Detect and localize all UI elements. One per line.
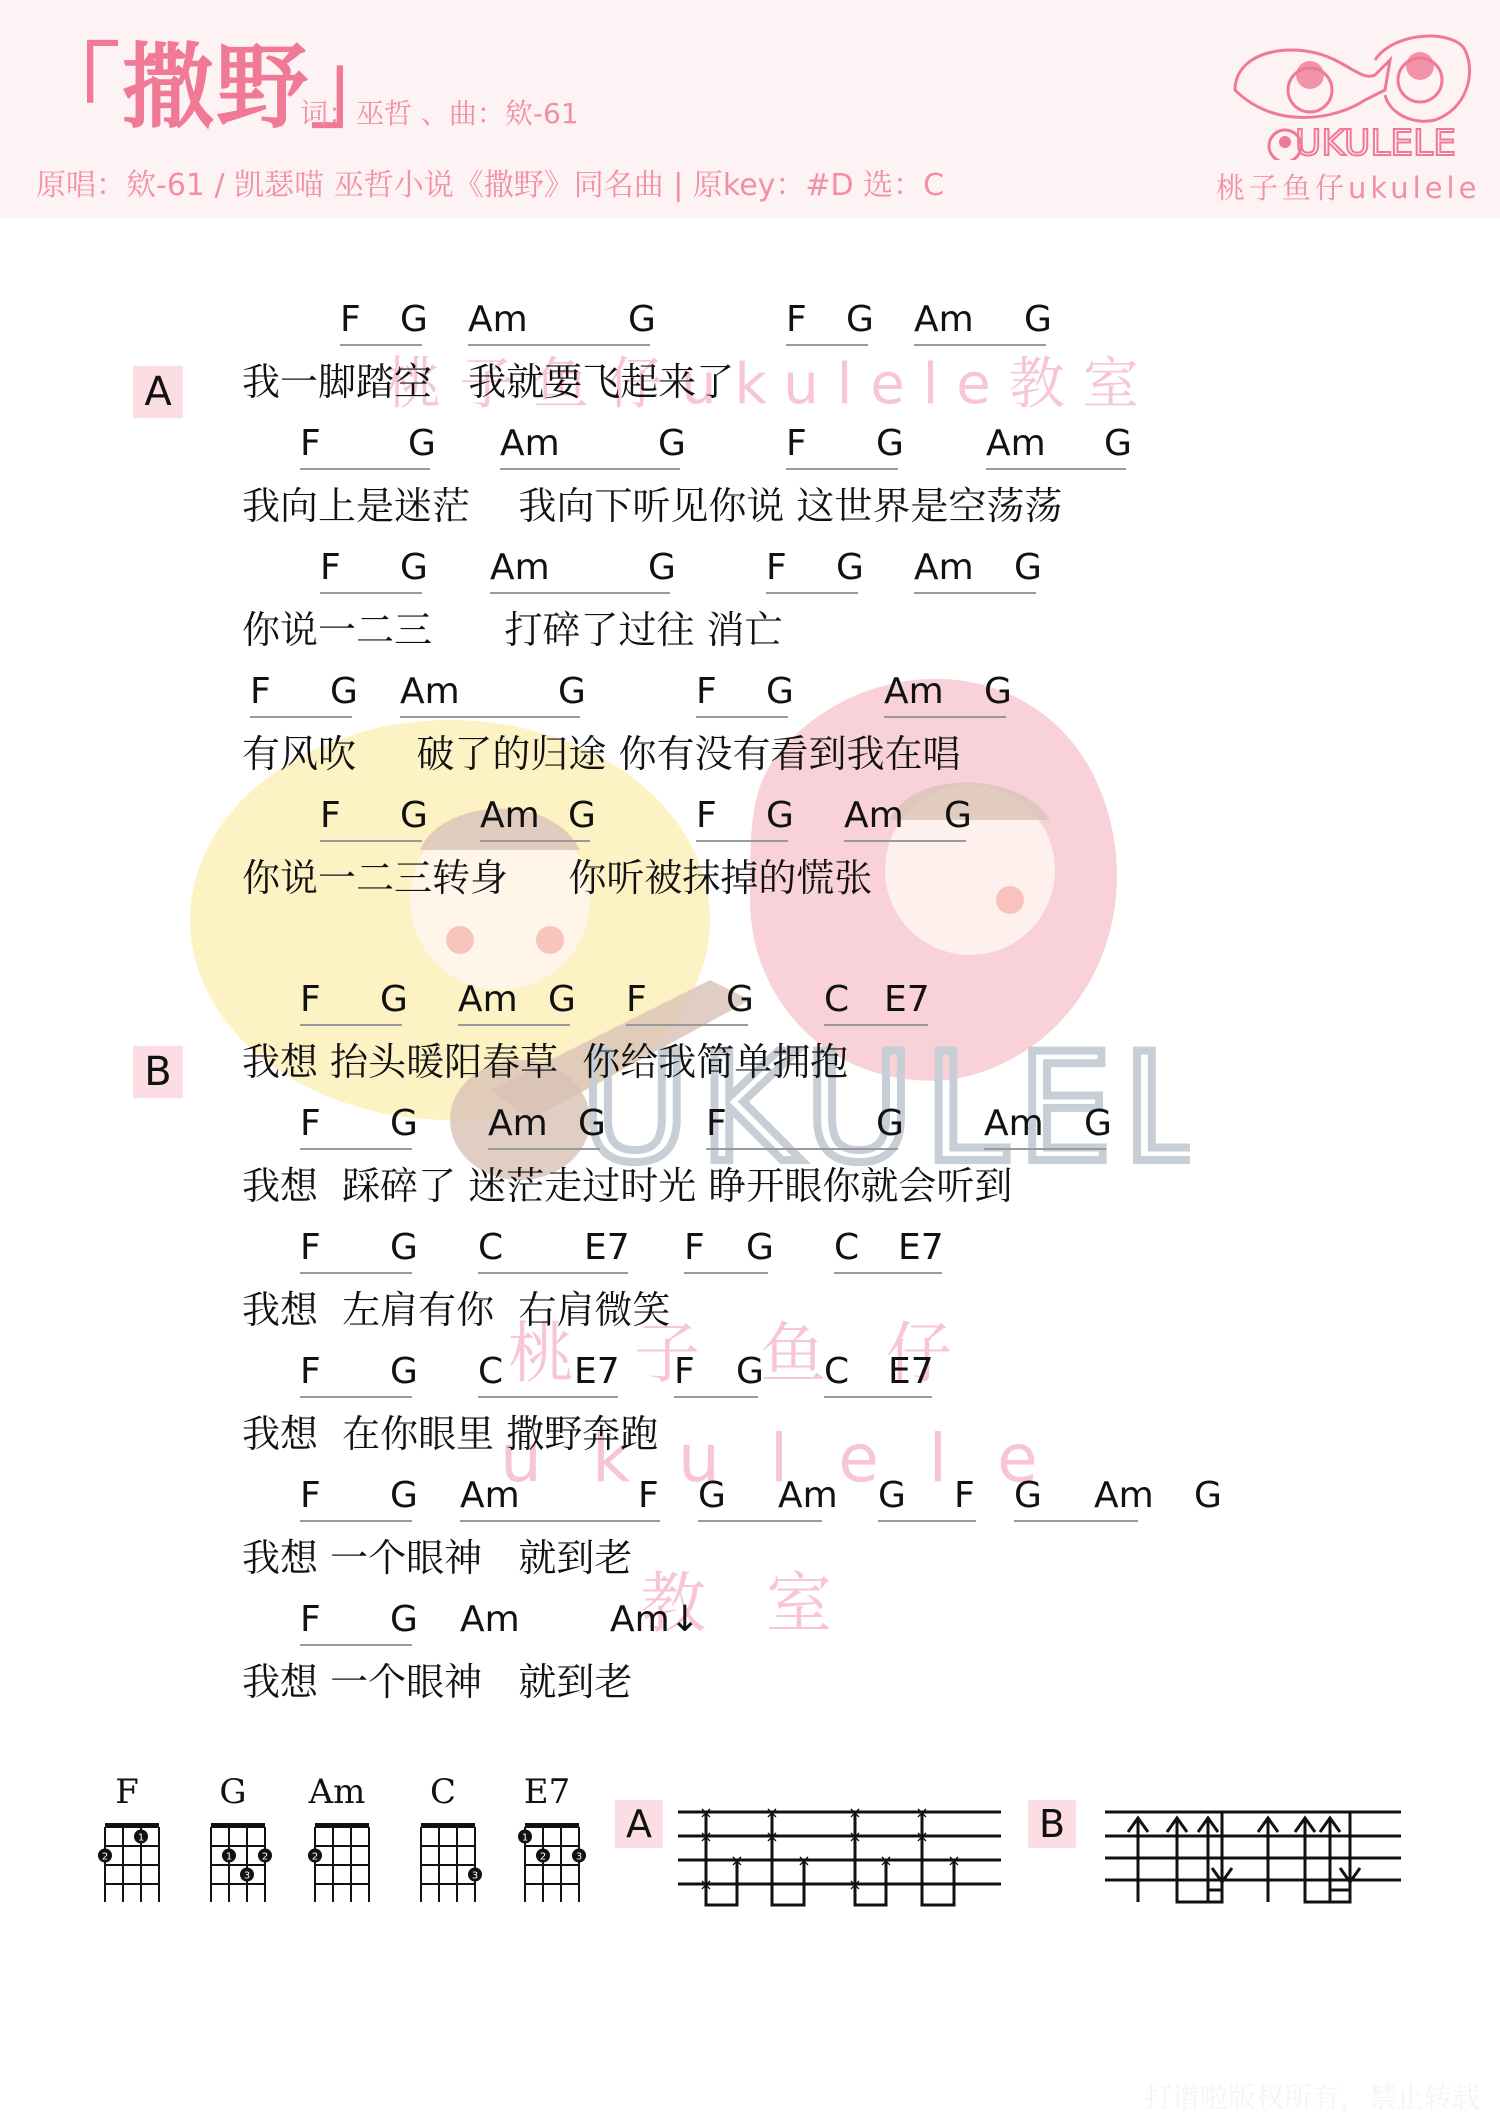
fretboard-grid-icon: 12 — [92, 1812, 172, 1902]
chord-label: F — [250, 672, 271, 712]
song-credits: 词：巫哲 、曲：欸-61 — [300, 92, 579, 132]
chord-label: F — [638, 1476, 659, 1516]
chord-beat-underline — [984, 1148, 1106, 1150]
chord-label: G — [380, 980, 408, 1020]
lyric-line: 我想 踩碎了 迷茫走过时光 睁开眼你就会听到 — [242, 1164, 1012, 1208]
chord-label: G — [736, 1352, 764, 1392]
chord-label: Am — [500, 424, 560, 464]
chord-label: Am — [844, 796, 904, 836]
brand-name: 桃子鱼仔ukulele — [1216, 166, 1480, 207]
chord-label: F — [696, 672, 717, 712]
chord-beat-underline — [300, 1396, 412, 1398]
chord-label: F — [300, 980, 321, 1020]
chord-beat-underline — [300, 468, 430, 470]
header-banner: 「撒野」 词：巫哲 、曲：欸-61 原唱：欸-61 / 凯瑟喵 巫哲小说《撒野》… — [0, 0, 1500, 218]
chord-label: F — [684, 1228, 705, 1268]
chord-label: G — [400, 548, 428, 588]
svg-text:2: 2 — [262, 1852, 268, 1863]
chord-label: G — [836, 548, 864, 588]
chord-label: Am — [460, 1600, 520, 1640]
svg-text:×: × — [848, 1827, 861, 1846]
chord-label: C — [478, 1228, 503, 1268]
chord-diagram-name: C — [408, 1772, 478, 1812]
lyric-line: 我想 一个眼神 就到老 — [242, 1660, 632, 1704]
svg-text:×: × — [765, 1827, 778, 1846]
strum-pattern-b-icon — [1105, 1790, 1405, 1910]
chord-beat-underline — [786, 468, 898, 470]
chord-beat-underline — [824, 1396, 932, 1398]
svg-text:3: 3 — [576, 1852, 582, 1863]
svg-text:×: × — [797, 1851, 810, 1870]
chord-beat-underline — [684, 1272, 768, 1274]
svg-text:×: × — [915, 1803, 928, 1822]
chord-beat-underline — [460, 1520, 660, 1522]
chord-label: G — [766, 796, 794, 836]
svg-text:×: × — [765, 1803, 778, 1822]
section-tag-b: B — [133, 1046, 183, 1098]
chord-label: Am — [468, 300, 528, 340]
chord-label: G — [698, 1476, 726, 1516]
lyric-line: 你说一二三转身 你听被抹掉的慌张 — [242, 856, 872, 900]
lyric-line: 你说一二三 打碎了过往 消亡 — [242, 608, 783, 652]
chord-label: G — [578, 1104, 606, 1144]
chord-label: C — [478, 1352, 503, 1392]
chord-label: Am — [480, 796, 540, 836]
chord-beat-underline — [300, 1024, 402, 1026]
chord-beat-underline — [834, 1272, 942, 1274]
chord-label: G — [1194, 1476, 1222, 1516]
chord-label: F — [340, 300, 361, 340]
chord-label: G — [1014, 548, 1042, 588]
chord-label: G — [878, 1476, 906, 1516]
chord-beat-underline — [986, 468, 1126, 470]
strum-tag-a: A — [615, 1800, 663, 1848]
svg-text:1: 1 — [522, 1833, 528, 1844]
chord-label: G — [568, 796, 596, 836]
chord-diagram-name: F — [92, 1772, 162, 1812]
chord-label: F — [786, 300, 807, 340]
chord-label: G — [400, 300, 428, 340]
chord-label: G — [648, 548, 676, 588]
chord-beat-underline — [696, 716, 788, 718]
chord-diagram-c: C3 — [408, 1772, 488, 1902]
chord-beat-underline — [696, 840, 788, 842]
chord-beat-underline — [250, 716, 352, 718]
chord-label: Am — [986, 424, 1046, 464]
chord-label: Am — [884, 672, 944, 712]
chord-label: Am — [460, 1476, 520, 1516]
chord-diagram-name: E7 — [512, 1772, 582, 1812]
chord-beat-underline — [468, 344, 650, 346]
chord-label: E7 — [888, 1352, 934, 1392]
chord-label: G — [766, 672, 794, 712]
chord-label: Am — [458, 980, 518, 1020]
chord-label: Am — [914, 548, 974, 588]
chord-beat-underline — [300, 1272, 412, 1274]
chord-label: Am — [984, 1104, 1044, 1144]
chord-label: Am — [400, 672, 460, 712]
fretboard-grid-icon: 123 — [198, 1812, 278, 1902]
svg-text:×: × — [699, 1875, 712, 1894]
chord-label: C — [824, 1352, 849, 1392]
chord-diagram-name: G — [198, 1772, 268, 1812]
chord-label: F — [300, 1228, 321, 1268]
svg-text:×: × — [730, 1851, 743, 1870]
svg-text:1: 1 — [138, 1833, 144, 1844]
chord-label: F — [706, 1104, 727, 1144]
chord-label: Am — [778, 1476, 838, 1516]
copyright-note: 打谱啦版权所有，禁止转载 — [1144, 2076, 1480, 2116]
lyric-line: 我想 抬头暖阳春草 你给我简单拥抱 — [242, 1040, 848, 1084]
chord-beat-underline — [300, 1520, 412, 1522]
chord-label: Am — [914, 300, 974, 340]
chord-label: G — [408, 424, 436, 464]
chord-label: Am↓ — [610, 1600, 700, 1640]
chord-beat-underline — [458, 1024, 570, 1026]
chord-beat-underline — [478, 1272, 628, 1274]
svg-text:×: × — [848, 1875, 861, 1894]
section-tag-a: A — [133, 366, 183, 418]
chord-beat-underline — [914, 592, 1036, 594]
chord-label: Am — [1094, 1476, 1154, 1516]
chord-label: F — [674, 1352, 695, 1392]
chord-beat-underline — [884, 716, 1006, 718]
chord-label: F — [300, 1600, 321, 1640]
chord-label: Am — [488, 1104, 548, 1144]
chord-beat-underline — [320, 840, 422, 842]
chord-beat-underline — [706, 1148, 898, 1150]
chord-label: E7 — [898, 1228, 944, 1268]
chord-label: F — [300, 1352, 321, 1392]
chord-label: F — [320, 548, 341, 588]
chord-label: E7 — [884, 980, 930, 1020]
chord-label: G — [330, 672, 358, 712]
strum-tag-b: B — [1028, 1800, 1076, 1848]
svg-text:×: × — [947, 1851, 960, 1870]
chord-label: F — [300, 424, 321, 464]
chord-beat-underline — [626, 1024, 748, 1026]
chord-diagram-e7: E7123 — [512, 1772, 592, 1902]
lyric-line: 我想 一个眼神 就到老 — [242, 1536, 632, 1580]
chord-beat-underline — [300, 1644, 412, 1646]
chord-label: C — [834, 1228, 859, 1268]
chord-label: G — [1104, 424, 1132, 464]
chord-label: F — [300, 1476, 321, 1516]
lyric-line: 我一脚踏空 我就要飞起来了 — [242, 360, 734, 404]
chord-label: F — [300, 1104, 321, 1144]
chord-beat-underline — [824, 1024, 928, 1026]
chord-beat-underline — [340, 344, 422, 346]
chord-label: G — [944, 796, 972, 836]
chord-beat-underline — [480, 840, 590, 842]
chord-label: G — [658, 424, 686, 464]
svg-text:×: × — [915, 1827, 928, 1846]
svg-text:2: 2 — [102, 1852, 108, 1863]
chord-beat-underline — [1014, 1520, 1138, 1522]
svg-text:3: 3 — [472, 1871, 478, 1882]
chord-label: F — [696, 796, 717, 836]
chord-label: C — [824, 980, 849, 1020]
chord-beat-underline — [300, 1148, 412, 1150]
svg-text:2: 2 — [312, 1852, 318, 1863]
chord-label: G — [1024, 300, 1052, 340]
chord-label: G — [390, 1600, 418, 1640]
chord-beat-underline — [488, 1148, 600, 1150]
chord-label: F — [786, 424, 807, 464]
chord-diagram-name: Am — [302, 1772, 372, 1812]
chord-beat-underline — [878, 1520, 976, 1522]
chord-label: G — [400, 796, 428, 836]
chord-label: G — [846, 300, 874, 340]
chord-beat-underline — [786, 344, 868, 346]
chord-beat-underline — [698, 1520, 822, 1522]
chord-label: E7 — [574, 1352, 620, 1392]
lyric-line: 我想 左肩有你 右肩微笑 — [242, 1288, 670, 1332]
chord-beat-underline — [400, 716, 580, 718]
chord-label: F — [320, 796, 341, 836]
chord-label: F — [766, 548, 787, 588]
chord-beat-underline — [766, 592, 858, 594]
chord-beat-underline — [478, 1396, 618, 1398]
chord-label: Am — [490, 548, 550, 588]
chord-label: G — [558, 672, 586, 712]
chord-beat-underline — [914, 344, 1046, 346]
lyric-line: 我想 在你眼里 撒野奔跑 — [242, 1412, 658, 1456]
chord-label: G — [390, 1352, 418, 1392]
chord-label: G — [876, 1104, 904, 1144]
lyric-line: 有风吹 破了的归途 你有没有看到我在唱 — [242, 732, 960, 776]
chord-beat-underline — [674, 1396, 758, 1398]
svg-text:×: × — [699, 1803, 712, 1822]
fretboard-grid-icon: 2 — [302, 1812, 382, 1902]
svg-text:1: 1 — [226, 1852, 232, 1863]
chord-label: E7 — [584, 1228, 630, 1268]
chord-beat-underline — [320, 592, 422, 594]
chord-label: G — [726, 980, 754, 1020]
svg-text:×: × — [699, 1827, 712, 1846]
strum-pattern-a-icon: ×××× ××× ×××× ××× — [678, 1790, 1008, 1910]
chord-beat-underline — [844, 840, 966, 842]
chord-label: G — [984, 672, 1012, 712]
chord-label: F — [954, 1476, 975, 1516]
chord-label: G — [1014, 1476, 1042, 1516]
fish-peach-logo-icon: UKULELE — [1215, 20, 1485, 160]
fretboard-grid-icon: 3 — [408, 1812, 488, 1902]
svg-text:2: 2 — [540, 1852, 546, 1863]
svg-text:×: × — [848, 1803, 861, 1822]
chord-diagram-f: F12 — [92, 1772, 172, 1902]
chord-label: G — [876, 424, 904, 464]
chord-diagram-g: G123 — [198, 1772, 278, 1902]
logo-word: UKULELE — [1295, 123, 1456, 160]
chord-label: G — [746, 1228, 774, 1268]
chord-beat-underline — [490, 592, 670, 594]
chord-label: G — [1084, 1104, 1112, 1144]
chord-label: F — [626, 980, 647, 1020]
chord-label: G — [390, 1228, 418, 1268]
chord-label: G — [628, 300, 656, 340]
lyric-line: 我向上是迷茫 我向下听见你说 这世界是空荡荡 — [242, 484, 1062, 528]
chord-diagram-am: Am2 — [302, 1772, 382, 1902]
fretboard-grid-icon: 123 — [512, 1812, 592, 1902]
svg-text:×: × — [879, 1851, 892, 1870]
song-info-line: 原唱：欸-61 / 凯瑟喵 巫哲小说《撒野》同名曲 | 原key：#D 选：C — [36, 160, 944, 204]
chord-label: G — [390, 1476, 418, 1516]
chord-label: G — [390, 1104, 418, 1144]
chord-label: G — [548, 980, 576, 1020]
chord-beat-underline — [500, 468, 680, 470]
svg-text:3: 3 — [244, 1871, 250, 1882]
